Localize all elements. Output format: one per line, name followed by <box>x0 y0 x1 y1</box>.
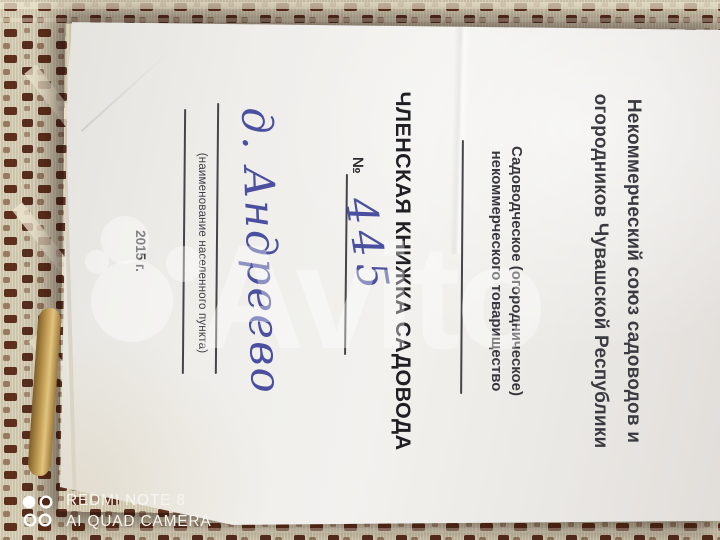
year-label: 2015 г. <box>133 21 148 481</box>
union-header-line1: Некоммерческий союз садоводов и <box>617 21 650 521</box>
camera-model-label: REDMI NOTE 8 <box>66 490 212 511</box>
number-label: № <box>349 157 366 174</box>
society-type-line2: некоммерческого товарищество <box>486 21 506 521</box>
camera-watermark: REDMI NOTE 8 AI QUAD CAMERA <box>20 490 212 532</box>
redmi-camera-icon <box>20 493 58 529</box>
union-header: Некоммерческий союз садоводов и огородни… <box>584 21 650 521</box>
society-type-line1: Садоводческое (огородническое) <box>506 21 526 521</box>
second-blank-line <box>182 109 186 374</box>
camera-watermark-text: REDMI NOTE 8 AI QUAD CAMERA <box>66 490 212 532</box>
settlement-blank-line <box>215 103 219 374</box>
society-type: Садоводческое (огородническое) некоммерч… <box>486 21 526 521</box>
handwritten-settlement: д. Андреево <box>232 106 291 395</box>
society-name-blank-line <box>460 140 464 394</box>
camera-feature-label: AI QUAD CAMERA <box>66 511 212 532</box>
union-header-line2: огородников Чувашской Республики <box>584 21 617 521</box>
settlement-caption: (наименование населенного пункта) <box>196 21 208 485</box>
document-content: Некоммерческий союз садоводов и огородни… <box>62 21 720 521</box>
